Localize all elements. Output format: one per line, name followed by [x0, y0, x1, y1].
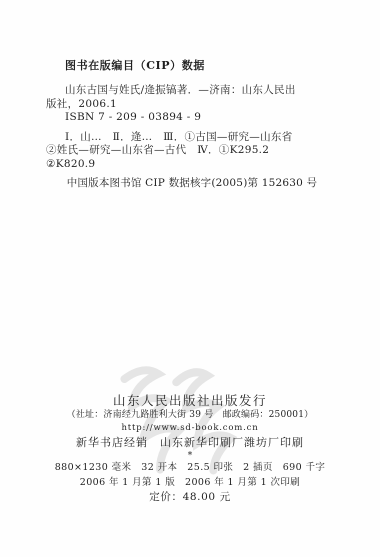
- price-line: 定价：48.00 元: [0, 490, 380, 505]
- classification-line1: Ⅰ．山… Ⅱ．逄… Ⅲ．①古国—研究—山东省: [65, 131, 338, 145]
- book-entry-line1: 山东古国与姓氏/逄振镐著．—济南：山东人民出: [65, 84, 338, 98]
- cip-heading: 图书在版编目（CIP）数据: [65, 58, 338, 73]
- publisher-website-url: http://www.sd-book.com.cn: [0, 422, 380, 435]
- publisher-line: 山东人民出版社出版发行: [0, 393, 380, 408]
- format-spec-line: 880×1230 毫米 32 开本 25.5 印张 2 插页 690 千字: [0, 461, 380, 475]
- classification-line3: ②K820.9: [46, 158, 338, 172]
- edition-printing-line: 2006 年 1 月第 1 版 2006 年 1 月第 1 次印刷: [0, 475, 380, 490]
- classification-line2: ②姓氏—研究—山东省—古代 Ⅳ．①K295.2: [46, 144, 338, 158]
- book-copyright-page: 图书在版编目（CIP）数据 山东古国与姓氏/逄振镐著．—济南：山东人民出 版社，…: [0, 0, 380, 557]
- distribution-printer-line: 新华书店经销 山东新华印刷厂潍坊厂印刷: [0, 435, 380, 451]
- colophon-block: 山东人民出版社出版发行 （社址：济南经九路胜利大街 39 号 邮政编码：2500…: [0, 393, 380, 505]
- cip-block: 图书在版编目（CIP）数据 山东古国与姓氏/逄振镐著．—济南：山东人民出 版社，…: [46, 58, 338, 191]
- publisher-address-line: （社址：济南经九路胜利大街 39 号 邮政编码：250001）: [0, 408, 380, 422]
- cip-record-number: 中国版本图书馆 CIP 数据核字(2005)第 152630 号: [46, 177, 338, 191]
- book-entry-line2: 版社，2006.1: [46, 98, 338, 112]
- divider-asterisk: *: [0, 451, 380, 461]
- isbn-line: ISBN 7 - 209 - 03894 - 9: [65, 111, 338, 125]
